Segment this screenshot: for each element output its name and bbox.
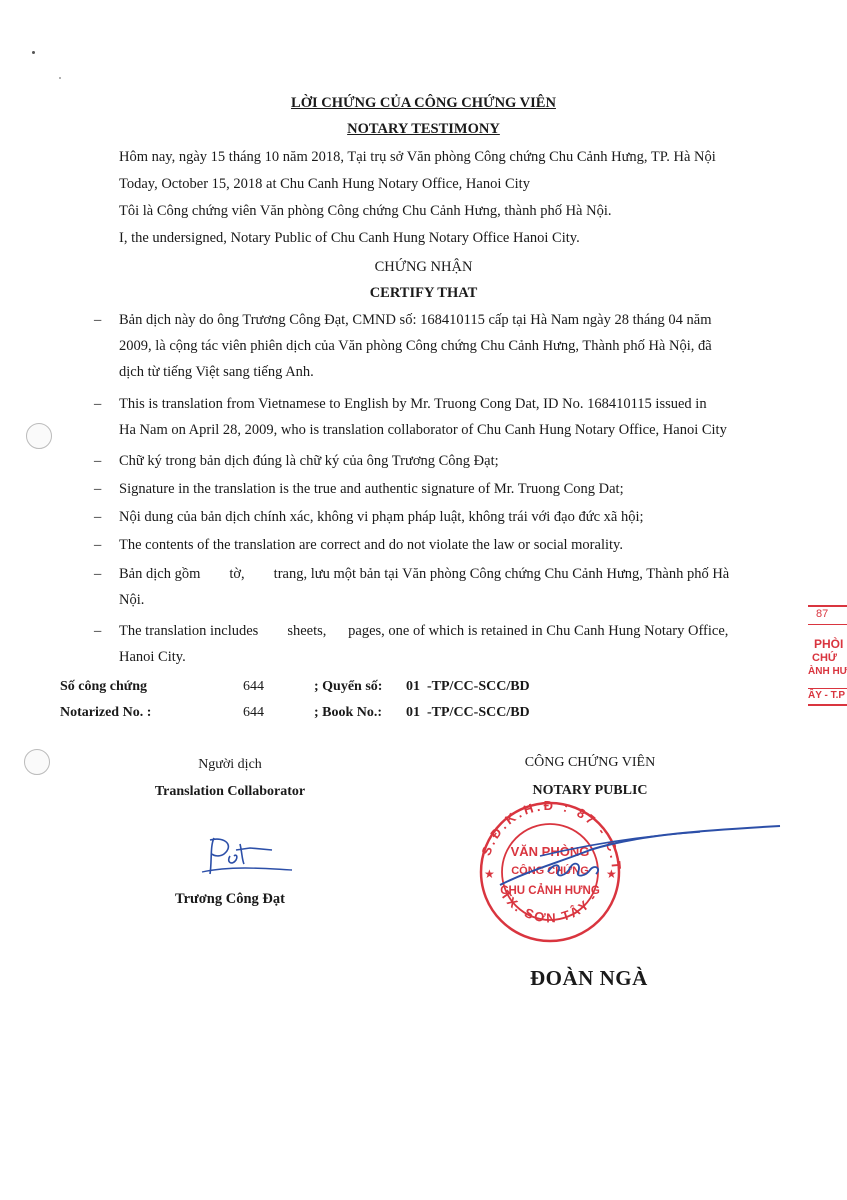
list-item: Bản dịch này do ông Trương Công Đạt, CMN… xyxy=(119,307,795,385)
list-bullet: – xyxy=(94,481,101,498)
svg-text:S.Đ.K.H.Đ : 87 - C.T.D: S.Đ.K.H.Đ : 87 - C.T.D xyxy=(470,800,624,871)
intro-notary-en: I, the undersigned, Notary Public of Chu… xyxy=(119,230,580,247)
scan-speck xyxy=(59,77,61,79)
svg-text:CHU CẢNH HƯNG: CHU CẢNH HƯNG xyxy=(500,884,600,897)
translator-signature xyxy=(200,832,300,882)
intro-notary-vi: Tôi là Công chứng viên Văn phòng Công ch… xyxy=(119,203,612,220)
notary-role-vi: CÔNG CHỨNG VIÊN xyxy=(490,755,690,771)
list-bullet: – xyxy=(94,453,101,470)
punch-hole xyxy=(24,749,50,775)
notary-name: ĐOÀN NGÀ xyxy=(530,966,648,991)
svg-text:★: ★ xyxy=(606,867,617,881)
title-vi: LỜI CHỨNG CỦA CÔNG CHỨNG VIÊN xyxy=(0,95,847,112)
book-no-value-vi: 01 -TP/CC-SCC/BD xyxy=(406,679,530,695)
list-item: Bản dịch gồm tờ, trang, lưu một bản tại … xyxy=(119,561,795,613)
notary-seal: S.Đ.K.H.Đ : 87 - C.T.D TX. SƠN TÂY - T.P… xyxy=(470,800,800,950)
svg-text:VĂN PHÒNG: VĂN PHÒNG xyxy=(511,844,590,859)
book-no-label-en: ; Book No.: xyxy=(314,705,382,721)
list-bullet: – xyxy=(94,623,101,640)
notarized-no-value-vi: 644 xyxy=(243,679,264,695)
list-item: The translation includes sheets, pages, … xyxy=(119,618,795,670)
list-bullet: – xyxy=(94,566,101,583)
list-item: The contents of the translation are corr… xyxy=(119,532,795,558)
translator-role-vi: Người dịch xyxy=(130,757,330,773)
intro-date-en: Today, October 15, 2018 at Chu Canh Hung… xyxy=(119,176,530,193)
notary-role-en: NOTARY PUBLIC xyxy=(490,783,690,799)
scan-speck xyxy=(32,51,35,54)
list-item: Chữ ký trong bản dịch đúng là chữ ký của… xyxy=(119,448,795,474)
list-bullet: – xyxy=(94,509,101,526)
list-bullet: – xyxy=(94,537,101,554)
intro-date-vi: Hôm nay, ngày 15 tháng 10 năm 2018, Tại … xyxy=(119,149,716,166)
list-bullet: – xyxy=(94,312,101,329)
list-item: Nội dung của bản dịch chính xác, không v… xyxy=(119,504,795,530)
certify-heading-vi: CHỨNG NHẬN xyxy=(0,259,847,276)
book-no-value-en: 01 -TP/CC-SCC/BD xyxy=(406,705,530,721)
certify-heading-en: CERTIFY THAT xyxy=(0,285,847,302)
svg-text:★: ★ xyxy=(484,867,495,881)
translator-role-en: Translation Collaborator xyxy=(130,784,330,800)
edge-stamp: 87 PHÒI CHỨ ÀNH HƯ ÂY - T.P xyxy=(808,605,847,706)
punch-hole xyxy=(26,423,52,449)
title-en: NOTARY TESTIMONY xyxy=(0,121,847,138)
book-no-label-vi: ; Quyển số: xyxy=(314,679,382,695)
notarized-no-label-en: Notarized No. : xyxy=(60,705,151,721)
list-item: Signature in the translation is the true… xyxy=(119,476,795,502)
list-bullet: – xyxy=(94,396,101,413)
notarized-no-label-vi: Số công chứng xyxy=(60,679,147,695)
translator-name: Trương Công Đạt xyxy=(130,891,330,908)
notarized-no-value-en: 644 xyxy=(243,705,264,721)
list-item: This is translation from Vietnamese to E… xyxy=(119,391,795,443)
